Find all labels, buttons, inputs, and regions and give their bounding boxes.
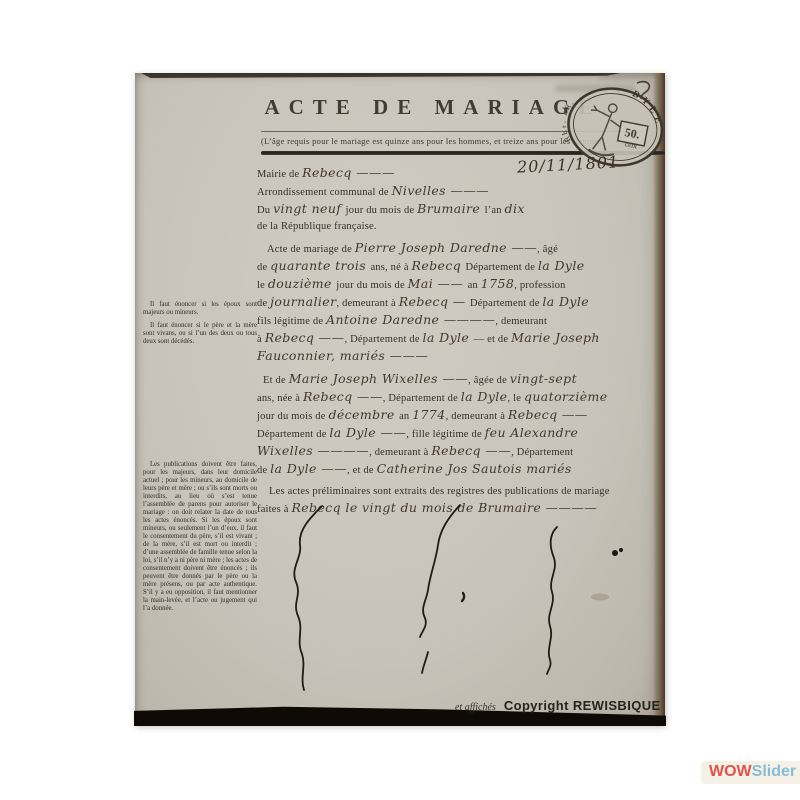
printed-text: , âgée de <box>468 375 510 386</box>
handwritten-text: décembre <box>328 407 399 422</box>
printed-text: à <box>257 334 265 345</box>
handwritten-text: Catherine Jos Sautois mariés <box>377 461 572 476</box>
watermark-wow-text: WOW <box>709 763 752 780</box>
document-footer: et affichés Copyright REWISBIQUE <box>455 697 661 715</box>
ink-squiggles <box>270 490 670 705</box>
handwritten-text: vingt neuf <box>273 201 346 216</box>
pen-curl-mark <box>633 79 655 103</box>
handwritten-text: Rebecq —— <box>431 443 511 458</box>
document-line: Wixelles ————, demeurant à Rebecq ——, Dé… <box>257 443 659 461</box>
printed-text: ans, né à <box>370 262 411 273</box>
handwritten-text: Rebecq — <box>399 294 470 309</box>
document-line: Et de Marie Joseph Wixelles ——, âgée de … <box>257 371 659 389</box>
handwritten-text: la Dyle <box>423 330 474 345</box>
printed-text: le <box>257 280 268 291</box>
printed-text: Du <box>257 205 273 216</box>
printed-text: Département de <box>466 262 538 273</box>
handwritten-text: Rebecq —— <box>303 389 383 404</box>
printed-text: , profession <box>514 280 565 291</box>
footer-printed-text: et affichés <box>455 702 496 713</box>
document-paragraph: Et de Marie Joseph Wixelles ——, âgée de … <box>257 371 659 479</box>
printed-text: an <box>468 280 481 291</box>
printed-text: de <box>257 298 270 309</box>
printed-text: an <box>399 411 412 422</box>
handwritten-text: Rebecq ——— <box>302 165 395 180</box>
printed-text: , âgé <box>537 244 558 255</box>
document-paragraph: Mairie de Rebecq ———Arrondissement commu… <box>257 165 659 235</box>
page: { "colors": { "paper": "#c8c4bb", "print… <box>0 0 800 800</box>
printed-text: l’an <box>485 205 505 216</box>
margin-notes-top: Il faut énoncer si les époux sont majeur… <box>143 301 257 351</box>
margin-note: Il faut énoncer si les époux sont majeur… <box>143 301 257 317</box>
printed-text: , et de <box>347 465 377 476</box>
document-line: Mairie de Rebecq ——— <box>257 165 659 183</box>
document-line: à Rebecq ——, Département de la Dyle — et… <box>257 330 659 348</box>
document-line: le douzième jour du mois de Mai —— an 17… <box>257 276 659 294</box>
printed-text: Arrondissement communal de <box>257 187 392 198</box>
printed-text: , fille légitime de <box>406 429 484 440</box>
document-line: Acte de mariage de Pierre Joseph Daredne… <box>257 240 659 258</box>
handwritten-text: Antoine Daredne ———— <box>326 312 495 327</box>
printed-text: de la République française. <box>257 221 377 232</box>
handwritten-text: Marie Joseph Wixelles —— <box>289 371 468 386</box>
handwritten-text: la Dyle <box>542 294 589 309</box>
document-line: Département de la Dyle ——, fille légitim… <box>257 425 659 443</box>
printed-text: Mairie de <box>257 169 302 180</box>
margin-note: Il faut énoncer si le père et la mère so… <box>143 322 257 346</box>
handwritten-text: quarante trois <box>270 258 370 273</box>
handwritten-text: quatorzième <box>524 389 608 404</box>
printed-text: , Département de <box>383 393 461 404</box>
printed-text: Acte de mariage de <box>267 244 355 255</box>
document-line: jour du mois de décembre an 1774, demeur… <box>257 407 659 425</box>
handwritten-text: 1758 <box>481 276 514 291</box>
document-line: ans, née à Rebecq ——, Département de la … <box>257 389 659 407</box>
printed-text: , Département de <box>344 334 422 345</box>
copyright-overlay: Copyright REWISBIQUE <box>504 698 661 713</box>
printed-text: fils légitime de <box>257 316 326 327</box>
document-line: de la Dyle ——, et de Catherine Jos Sauto… <box>257 461 659 479</box>
printed-text: jour du mois de <box>336 280 407 291</box>
printed-text: ans, née à <box>257 393 303 404</box>
document-line: de la République française. <box>257 219 659 235</box>
printed-text: Département de <box>470 298 542 309</box>
handwritten-text: dix <box>505 201 525 216</box>
document-line: Arrondissement communal de Nivelles ——— <box>257 183 659 201</box>
handwritten-text: Mai —— <box>408 276 468 291</box>
printed-text: Et de <box>263 375 289 386</box>
printed-text: de <box>257 262 270 273</box>
document-line: fils légitime de Antoine Daredne ————, d… <box>257 312 659 330</box>
printed-text: , Département <box>511 447 573 458</box>
printed-text: , demeurant à <box>336 298 398 309</box>
printed-text: jour du mois de <box>346 205 417 216</box>
document-line: de journalier, demeurant à Rebecq — Dépa… <box>257 294 659 312</box>
handwritten-text: Rebecq —— <box>508 407 588 422</box>
document-line: Du vingt neuf jour du mois de Brumaire l… <box>257 201 659 219</box>
printed-text: , le <box>507 393 523 404</box>
printed-text: jour du mois de <box>257 411 328 422</box>
watermark-slider-text: Slider <box>752 763 796 780</box>
document-line: Fauconnier, mariés ——— <box>257 348 659 366</box>
handwritten-text: vingt-sept <box>510 371 577 386</box>
handwritten-text: journalier <box>270 294 336 309</box>
scan-top-edge <box>141 73 621 78</box>
handwritten-text: la Dyle —— <box>329 425 406 440</box>
handwritten-text: la Dyle <box>538 258 585 273</box>
handwritten-text: Rebecq <box>412 258 466 273</box>
ink-blots <box>591 548 623 601</box>
printed-text: Département de <box>257 429 329 440</box>
handwritten-text: la Dyle <box>461 389 508 404</box>
margin-note: Les publications doivent être faites, po… <box>143 461 257 613</box>
printed-text: , demeurant à <box>369 447 431 458</box>
handwritten-text: Pierre Joseph Daredne —— <box>355 240 537 255</box>
handwritten-text: Fauconnier, mariés ——— <box>257 348 428 363</box>
handwritten-text: la Dyle —— <box>270 461 347 476</box>
handwritten-text: Brumaire <box>417 201 484 216</box>
handwritten-text: Nivelles ——— <box>392 183 489 198</box>
handwritten-text: feu Alexandre <box>485 425 579 440</box>
handwritten-text: douzième <box>268 276 336 291</box>
handwritten-text: 1774 <box>412 407 445 422</box>
printed-text: — et de <box>474 334 511 345</box>
document-paragraph: Acte de mariage de Pierre Joseph Daredne… <box>257 240 659 366</box>
handwritten-text: Wixelles ———— <box>257 443 369 458</box>
wowslider-watermark[interactable]: WOWSlider <box>701 761 800 784</box>
document-line: de quarante trois ans, né à Rebecq Dépar… <box>257 258 659 276</box>
handwritten-text: Marie Joseph <box>511 330 600 345</box>
printed-text: de <box>257 465 270 476</box>
printed-text: , demeurant à <box>446 411 508 422</box>
handwritten-text: Rebecq —— <box>265 330 345 345</box>
printed-text: , demeurant <box>495 316 547 327</box>
margin-notes-bottom: Les publications doivent être faites, po… <box>143 461 257 618</box>
document-scan: ACTE DE MARIAGE. (L’âge requis pour le m… <box>135 73 665 725</box>
document-body: Mairie de Rebecq ———Arrondissement commu… <box>257 165 659 523</box>
